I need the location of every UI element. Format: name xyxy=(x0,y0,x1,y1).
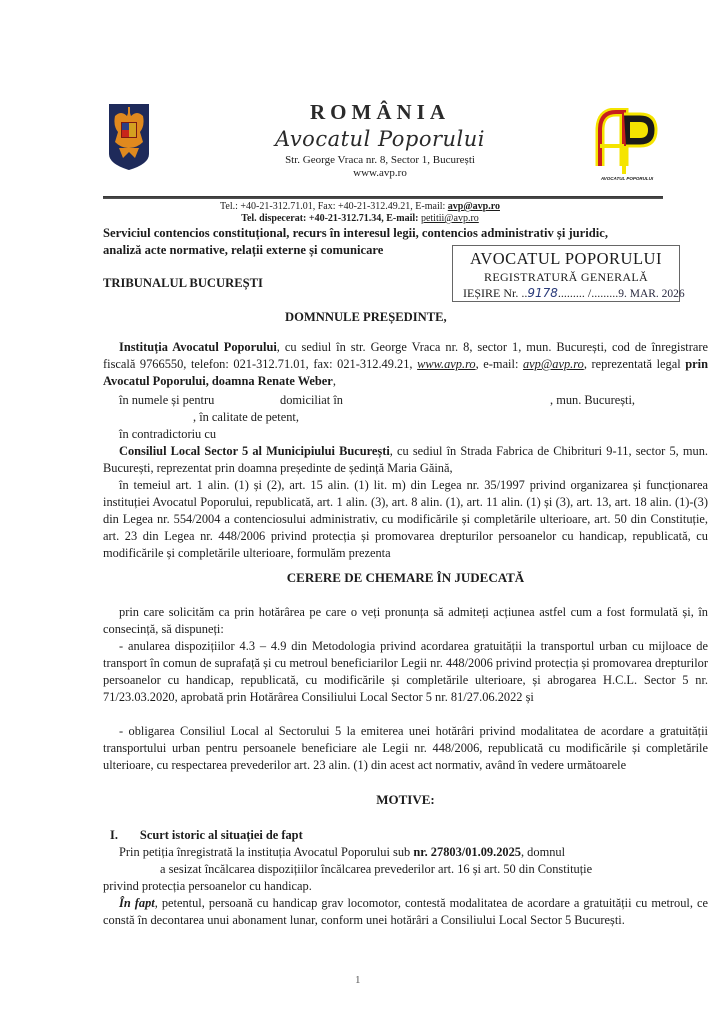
email-link[interactable]: avp@avp.ro xyxy=(448,201,500,212)
contact-line-1: Tel.: +40-21-312.71.01, Fax: +40-21-312.… xyxy=(150,201,570,212)
document-title: CERERE DE CHEMARE ÎN JUDECATĂ xyxy=(103,570,708,586)
contradictory-label: în contradictoriu cu xyxy=(119,426,419,443)
country-title: ROMÂNIA xyxy=(230,100,530,125)
contact-line-2: Tel. dispecerat: +40-21-312.71.34, E-mai… xyxy=(150,213,570,224)
letterhead: ROMÂNIA Avocatul Poporului Str. George V… xyxy=(230,100,530,179)
registry-stamp: AVOCATUL POPORULUI REGISTRATURĂ GENERALĂ… xyxy=(452,245,680,302)
petitions-email-link[interactable]: petitii@avp.ro xyxy=(421,213,479,224)
section-1-p1-line3: privind protecția persoanelor cu handica… xyxy=(103,878,708,895)
section-1-p2: În fapt, petentul, persoană cu handicap … xyxy=(103,895,708,929)
stamp-exit-number: IEȘIRE Nr. ..9178......... /.........9. … xyxy=(463,286,679,301)
stamp-title: AVOCATUL POPORULUI xyxy=(453,249,679,269)
ap-logo-icon: AVOCATUL POPORULUI xyxy=(594,108,660,183)
section-1-heading: I.Scurt istoric al situației de fapt xyxy=(110,827,715,844)
svg-text:AVOCATUL POPORULUI: AVOCATUL POPORULUI xyxy=(600,176,654,181)
legal-basis-paragraph: în temeiul art. 1 alin. (1) și (2), art.… xyxy=(103,477,708,562)
institution-website: www.avp.ro xyxy=(230,167,530,179)
section-1-p1-line2: a sesizat încălcarea dispozițiilor încăl… xyxy=(160,861,710,878)
defendant-paragraph: Consiliul Local Sector 5 al Municipiului… xyxy=(103,443,708,477)
coat-of-arms-icon xyxy=(107,102,151,172)
page-number: 1 xyxy=(355,974,361,986)
salutation: DOMNNULE PREȘEDINTE, xyxy=(285,310,447,325)
header-divider xyxy=(103,196,663,199)
email-link-body[interactable]: avp@avp.ro xyxy=(523,357,584,371)
petitioner-line: în numele și pentru domiciliat în , mun.… xyxy=(119,392,709,409)
document-page: ROMÂNIA Avocatul Poporului Str. George V… xyxy=(0,0,724,1024)
request-item-2: - obligarea Consiliul Local al Sectorulu… xyxy=(103,723,708,774)
intro-paragraph: Instituția Avocatul Poporului, cu sediul… xyxy=(103,339,708,390)
motive-heading: MOTIVE: xyxy=(103,792,708,808)
website-link[interactable]: www.avp.ro xyxy=(417,357,476,371)
stamp-subtitle: REGISTRATURĂ GENERALĂ xyxy=(453,270,679,285)
handwritten-number: 9178 xyxy=(527,286,558,300)
section-1-p1-line1: Prin petiția înregistrată la instituția … xyxy=(119,844,709,861)
petitioner-quality: , în calitate de petent, xyxy=(193,409,493,426)
institution-address: Str. George Vraca nr. 8, Sector 1, Bucur… xyxy=(230,154,530,166)
institution-name: Avocatul Poporului xyxy=(230,127,530,151)
recipient-court: TRIBUNALUL BUCUREȘTI xyxy=(103,276,263,291)
request-item-1: - anularea dispozițiilor 4.3 – 4.9 din M… xyxy=(103,638,708,706)
request-paragraph: prin care solicităm ca prin hotărârea pe… xyxy=(103,604,708,638)
stamp-date: 9. MAR. 2026 xyxy=(618,288,684,300)
